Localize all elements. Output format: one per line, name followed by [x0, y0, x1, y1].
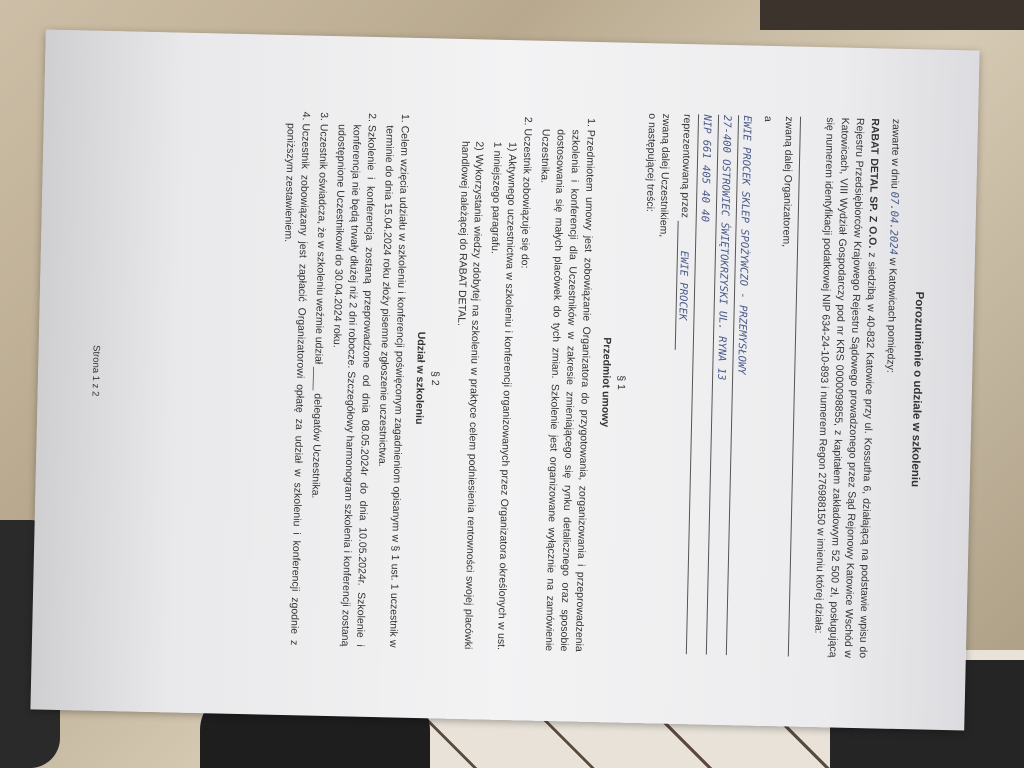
paper-sheet: Porozumienie o udziale w szkoleniu zawar… [30, 29, 979, 730]
document-page: Porozumienie o udziale w szkoleniu zawar… [58, 70, 951, 690]
document-title: Porozumienie o udziale w szkoleniu [902, 119, 931, 659]
organizer-name: RABAT DETAL SP. Z O.O. [866, 118, 881, 248]
section-1-item-2: Uczestnik zobowiązuje się do: 1) Aktywne… [446, 127, 535, 651]
page-footer: Strona 1 z 2 [82, 71, 109, 671]
organizer-paragraph: RABAT DETAL SP. Z O.O. z siedzibą w 40-8… [810, 117, 882, 658]
section-1-item-1: Przedmiotem umowy jest zobowiązanie Orga… [526, 129, 597, 652]
section-1-list: Przedmiotem umowy jest zobowiązanie Orga… [446, 109, 598, 652]
handwritten-date: 07.04.2024 [887, 192, 900, 255]
section-1-sublist: 1) Aktywnego uczestnictwa w szkoleniu i … [446, 127, 520, 650]
represented-by-value: EWIE PROCEK [675, 221, 691, 351]
background-dark-object [760, 0, 1024, 30]
section-2-list: Celem wzięcia udziału w szkoleniu i konf… [272, 105, 412, 648]
section-2-item-2: Szkolenie i konferencja zostaną przeprow… [322, 124, 379, 647]
